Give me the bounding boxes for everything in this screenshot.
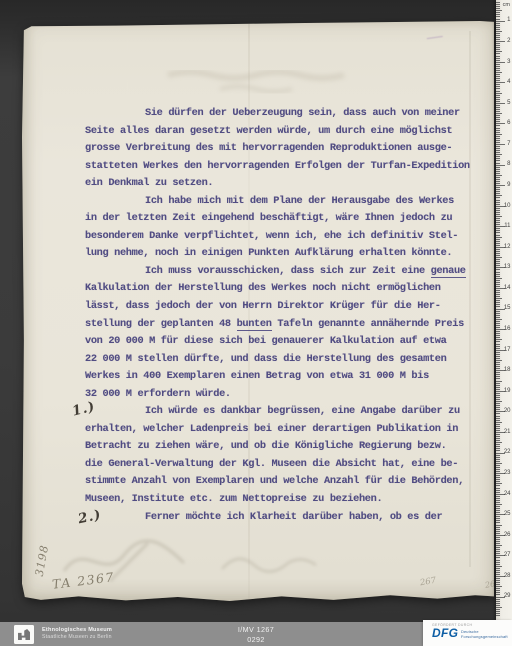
ruler-tick: [496, 245, 500, 246]
ruler-tick: [496, 243, 500, 244]
ruler-tick: [496, 537, 500, 538]
ruler-number: 18: [504, 367, 511, 373]
ruler-tick: [496, 121, 500, 122]
ruler-tick: [496, 249, 500, 250]
ruler-tick: [496, 84, 500, 85]
ruler-tick: [496, 191, 500, 192]
ruler-tick: [496, 376, 500, 377]
ruler-tick: [496, 574, 500, 575]
ruler-tick: [496, 368, 500, 369]
ruler-tick: [496, 605, 500, 606]
ruler-tick: [496, 457, 500, 458]
ruler-number: 20: [504, 408, 511, 414]
letter-line: grosse Verbreitung des mit hervorragende…: [85, 140, 470, 158]
ruler-number: 8: [507, 161, 510, 167]
ruler-tick: [496, 163, 500, 164]
ruler-tick: [496, 14, 500, 15]
ruler-tick: [496, 522, 500, 523]
ruler-tick: [496, 53, 500, 54]
ruler-tick: [496, 27, 500, 28]
ruler-tick: [496, 553, 500, 554]
ruler-tick: [496, 228, 500, 229]
ruler-tick: [496, 284, 500, 285]
ruler-tick: [496, 115, 500, 116]
ruler-tick: [496, 488, 500, 489]
ruler-tick: [496, 113, 502, 114]
ruler-tick: [496, 167, 500, 168]
ruler-tick: [496, 570, 500, 571]
ruler-tick: [496, 438, 500, 439]
ruler-tick: [496, 364, 500, 365]
ruler-tick: [496, 41, 505, 42]
ruler-tick: [496, 325, 500, 326]
footer-bar: Ethnologisches Museum Staatliche Museen …: [0, 622, 512, 646]
ruler-tick: [496, 362, 500, 363]
ruler-tick: [496, 541, 500, 542]
ruler-tick: [496, 237, 502, 238]
ruler-tick: [496, 372, 500, 373]
ruler-tick: [496, 35, 500, 36]
ruler-tick: [496, 128, 500, 129]
ruler-tick: [496, 212, 500, 213]
ruler-tick: [496, 146, 500, 147]
ruler-tick: [496, 31, 502, 32]
ruler-tick: [496, 125, 500, 126]
ruler-number: 23: [504, 470, 511, 476]
ruler-tick: [496, 354, 500, 355]
ruler-tick: [496, 300, 500, 301]
ruler-tick: [496, 56, 500, 57]
ruler-tick: [496, 280, 500, 281]
ruler-tick: [496, 93, 502, 94]
ruler-tick: [496, 586, 502, 587]
ruler-tick: [496, 278, 502, 279]
ruler-tick: [496, 461, 500, 462]
ruler-tick: [496, 8, 500, 9]
ruler-tick: [496, 560, 500, 561]
letter-lines: Sie dürfen der Ueberzeugung sein, dass a…: [85, 105, 470, 526]
ruler-tick: [496, 590, 500, 591]
ruler-number: 22: [504, 449, 511, 455]
ruler-tick: [496, 481, 500, 482]
ruler-tick: [496, 341, 500, 342]
pencil-scribble: [427, 36, 443, 42]
ruler-tick: [496, 123, 505, 124]
ruler-tick: [496, 426, 500, 427]
ruler-tick: [496, 588, 500, 589]
ruler-tick: [496, 389, 500, 390]
ruler-tick: [496, 533, 500, 534]
ruler-tick: [496, 420, 500, 421]
ruler-tick: [496, 424, 500, 425]
ruler-tick: [496, 321, 500, 322]
ruler-tick: [496, 200, 500, 201]
ruler-number: 28: [504, 573, 511, 579]
ruler-tick: [496, 204, 500, 205]
ruler-number: 21: [504, 429, 511, 435]
ruler-tick: [496, 317, 500, 318]
ruler-tick: [496, 232, 500, 233]
ruler-tick: [496, 525, 502, 526]
letter-line: besonderem Danke verpflichtet, wenn ich,…: [85, 228, 470, 246]
ruler-tick: [496, 527, 500, 528]
ruler-tick: [496, 496, 500, 497]
ruler-tick: [496, 49, 500, 50]
ruler-tick: [496, 510, 500, 511]
ruler-tick: [496, 475, 500, 476]
ruler-tick: [496, 138, 500, 139]
letter-line: die General-Verwaltung der Kgl. Museen d…: [85, 456, 470, 474]
ruler-tick: [496, 459, 500, 460]
ruler-tick: [496, 327, 500, 328]
ruler-number: 29: [504, 593, 511, 599]
letter-line: Ferner möchte ich Klarheit darüber haben…: [85, 509, 470, 527]
ruler-tick: [496, 12, 500, 13]
ruler-tick: [496, 269, 500, 270]
ruler-tick: [496, 230, 500, 231]
ruler-tick: [496, 202, 500, 203]
letter-line: Werkes in 400 Exemplaren einen Betrag vo…: [85, 368, 470, 386]
ruler-number: 14: [504, 285, 511, 291]
ruler-tick: [496, 152, 500, 153]
ruler-tick: [496, 378, 500, 379]
letter-line: von 20 000 M für diese sich bei genauere…: [85, 333, 470, 351]
ruler-number: 2: [507, 38, 510, 44]
ruler-tick: [496, 407, 500, 408]
ruler-tick: [496, 235, 500, 236]
ruler-tick: [496, 512, 500, 513]
ruler-tick: [496, 444, 500, 445]
ruler-tick: [496, 385, 500, 386]
letter-line: statteten Werkes den hervorragenden Erfo…: [85, 158, 470, 176]
ruler-number: 9: [507, 182, 510, 188]
ruler-tick: [496, 594, 500, 595]
ruler-tick: [496, 208, 500, 209]
paper-wrap: Sie dürfen der Ueberzeugung sein, dass a…: [0, 0, 512, 646]
ruler-tick: [496, 607, 502, 608]
scanned-letter-page: Sie dürfen der Ueberzeugung sein, dass a…: [22, 21, 494, 601]
ruler-tick: [496, 599, 500, 600]
ruler-tick: [496, 436, 500, 437]
ruler-tick: [496, 2, 500, 3]
letter-line: lässt, dass jedoch der von Herrn Direkto…: [85, 298, 470, 316]
ruler-tick: [496, 214, 500, 215]
ruler-tick: [496, 506, 500, 507]
ruler-tick: [496, 502, 500, 503]
ruler-tick: [496, 547, 500, 548]
ruler-tick: [496, 346, 500, 347]
ruler-tick: [496, 282, 500, 283]
ruler-tick: [496, 319, 502, 320]
ruler-tick: [496, 251, 500, 252]
ruler-tick: [496, 156, 500, 157]
show-through-letterhead: [160, 59, 355, 97]
ruler-tick: [496, 91, 500, 92]
ruler-number: 5: [507, 100, 510, 106]
ruler-tick: [496, 107, 500, 108]
ruler-tick: [496, 292, 500, 293]
ruler-tick: [496, 455, 500, 456]
ruler-tick: [496, 265, 500, 266]
ruler-tick: [496, 603, 500, 604]
ruler-tick: [496, 119, 500, 120]
letter-line: 32 000 M erfordern würde.: [85, 386, 470, 404]
ruler-number: 13: [504, 264, 511, 270]
ruler-tick: [496, 241, 500, 242]
ruler-tick: [496, 578, 500, 579]
ruler-tick: [496, 276, 500, 277]
ruler-tick: [496, 193, 500, 194]
ruler-tick: [496, 197, 500, 198]
ruler-tick: [496, 175, 502, 176]
pencil-mark-3198: 3198: [32, 542, 51, 580]
letter-line: Betracht zu ziehen wäre, und ob die Köni…: [85, 438, 470, 456]
ruler-tick: [496, 428, 500, 429]
ruler-tick: [496, 216, 502, 217]
ruler-tick: [496, 187, 500, 188]
ruler-tick: [496, 348, 500, 349]
ruler-tick: [496, 220, 500, 221]
ruler-tick: [496, 169, 500, 170]
ruler-number: 26: [504, 532, 511, 538]
ruler-tick: [496, 592, 500, 593]
ruler-tick: [496, 397, 500, 398]
ruler-tick: [496, 471, 500, 472]
ruler-tick: [496, 531, 500, 532]
ruler-tick: [496, 613, 500, 614]
ruler-tick: [496, 403, 500, 404]
ruler-tick: [496, 95, 500, 96]
ruler-tick: [496, 463, 502, 464]
ruler-tick: [496, 418, 500, 419]
ruler-tick: [496, 185, 505, 186]
dfg-org-name: Deutsche Forschungsgemeinschaft: [461, 630, 508, 640]
ruler-tick: [496, 601, 500, 602]
ruler-tick: [496, 339, 502, 340]
ruler-tick: [496, 399, 500, 400]
letter-line: Sie dürfen der Ueberzeugung sein, dass a…: [85, 105, 470, 123]
ruler-tick: [496, 171, 500, 172]
ruler-tick: [496, 381, 502, 382]
ruler-tick: [496, 66, 500, 67]
ruler-tick: [496, 23, 500, 24]
ruler-tick: [496, 51, 502, 52]
ruler-tick: [496, 543, 500, 544]
ruler-tick: [496, 255, 500, 256]
ruler-tick: [496, 508, 500, 509]
ruler-tick: [496, 609, 500, 610]
letter-line: Kalkulation der Herstellung des Werkes n…: [85, 280, 470, 298]
ruler-tick: [496, 450, 500, 451]
ruler-tick: [496, 490, 500, 491]
ruler-number: 25: [504, 511, 511, 517]
ruler-number: 4: [507, 79, 510, 85]
ruler-tick: [496, 144, 505, 145]
ruler-tick: [496, 177, 500, 178]
ruler-number: 15: [504, 305, 511, 311]
ruler-tick: [496, 479, 500, 480]
ruler-tick: [496, 33, 500, 34]
ruler-tick: [496, 337, 500, 338]
ruler-tick: [496, 529, 500, 530]
ruler-number: 24: [504, 491, 511, 497]
ruler-tick: [496, 430, 500, 431]
ruler-tick: [496, 148, 500, 149]
ruler-tick: [496, 181, 500, 182]
ruler-tick: [496, 485, 500, 486]
ruler-tick: [496, 551, 500, 552]
letter-line: Seite alles daran gesetzt werden würde, …: [85, 123, 470, 141]
ruler-tick: [496, 218, 500, 219]
ruler-tick: [496, 109, 500, 110]
ruler-number: 11: [504, 223, 510, 229]
ruler-tick: [496, 82, 505, 83]
ruler-tick: [496, 19, 500, 20]
ruler-tick: [496, 545, 502, 546]
ruler-tick: [496, 78, 500, 79]
ruler-tick: [496, 315, 500, 316]
letter-line: Museen, Institute etc. zum Nettopreise z…: [85, 491, 470, 509]
ruler-tick: [496, 374, 500, 375]
letter-line: 22 000 M stellen dürfte, und dass die He…: [85, 351, 470, 369]
ruler-tick: [496, 360, 502, 361]
ruler-tick: [496, 111, 500, 112]
ruler-tick: [496, 60, 500, 61]
ruler-tick: [496, 263, 500, 264]
ruler-tick: [496, 74, 500, 75]
ruler-tick: [496, 76, 500, 77]
ruler-tick: [496, 4, 500, 5]
ruler-number: 16: [504, 326, 511, 332]
ruler-tick: [496, 611, 500, 612]
letter-line: in der letzten Zeit eingehend beschäftig…: [85, 210, 470, 228]
ruler-tick: [496, 383, 500, 384]
ruler-tick: [496, 21, 505, 22]
ruler-tick: [496, 101, 500, 102]
ruler-tick: [496, 179, 500, 180]
ruler-tick: [496, 158, 500, 159]
ruler-tick: [496, 130, 500, 131]
ruler-tick: [496, 518, 500, 519]
letter-line: stimmte Anzahl von Exemplaren und welche…: [85, 473, 470, 491]
ruler-tick: [496, 520, 500, 521]
ruler-tick: [496, 189, 500, 190]
ruler-tick: [496, 395, 500, 396]
letter-line: erhalten, welcher Ladenpreis bei einer d…: [85, 421, 470, 439]
ruler-tick: [496, 272, 500, 273]
ruler-tick: [496, 165, 505, 166]
ruler-tick: [496, 440, 500, 441]
ruler-tick: [496, 290, 500, 291]
ruler-tick: [496, 45, 500, 46]
ruler-tick: [496, 253, 500, 254]
ruler-tick: [496, 393, 500, 394]
ruler-tick: [496, 539, 500, 540]
ruler-tick: [496, 80, 500, 81]
ruler-tick: [496, 323, 500, 324]
ruler-tick: [496, 105, 500, 106]
ruler-tick: [496, 62, 505, 63]
ruler-tick: [496, 70, 500, 71]
ruler-number: 27: [504, 552, 511, 558]
ruler-tick: [496, 331, 500, 332]
ruler-tick: [496, 335, 500, 336]
ruler-tick: [496, 387, 500, 388]
ruler-tick: [496, 401, 502, 402]
ruler-tick: [496, 442, 502, 443]
ruler-tick: [496, 29, 500, 30]
pencil-mark-267: 267: [419, 576, 437, 589]
ruler-tick: [496, 296, 500, 297]
ruler-tick: [496, 568, 500, 569]
ruler-tick: [496, 344, 500, 345]
ruler-tick: [496, 86, 500, 87]
ruler-tick: [496, 47, 500, 48]
ruler-number: 19: [504, 388, 511, 394]
ruler-tick: [496, 68, 500, 69]
ruler-tick: [496, 224, 500, 225]
ruler-tick: [496, 37, 500, 38]
ruler-tick: [496, 582, 500, 583]
ruler-tick: [496, 160, 500, 161]
ruler-tick: [496, 286, 500, 287]
ruler-tick: [496, 132, 500, 133]
ruler-tick: [496, 173, 500, 174]
scan-viewer-page: Sie dürfen der Ueberzeugung sein, dass a…: [0, 0, 512, 646]
ruler-tick: [496, 352, 500, 353]
ruler-tick: [496, 222, 500, 223]
ruler-number: 7: [507, 141, 510, 147]
ruler-tick: [496, 304, 500, 305]
ruler-tick: [496, 467, 500, 468]
letter-line: lung nehme, noch in einigen Punkten Aufk…: [85, 245, 470, 263]
ruler-tick: [496, 405, 500, 406]
ruler-tick: [496, 142, 500, 143]
ruler-tick: [496, 25, 500, 26]
ruler-tick: [496, 584, 500, 585]
ruler-tick: [496, 313, 500, 314]
ruler-number: 17: [504, 347, 511, 353]
ruler-number: 6: [507, 120, 510, 126]
ruler-tick: [496, 422, 502, 423]
ruler-tick: [496, 311, 500, 312]
ruler-tick: [496, 498, 500, 499]
ruler-tick: [496, 562, 500, 563]
ruler-tick: [496, 150, 500, 151]
ruler-unit-label: cm: [503, 2, 510, 8]
ruler-tick: [496, 409, 500, 410]
dfg-logo: DFG: [432, 626, 458, 640]
ruler-number: 3: [507, 59, 510, 65]
ruler-tick: [496, 239, 500, 240]
ruler-tick: [496, 117, 500, 118]
ruler-tick: [496, 504, 502, 505]
ruler-tick: [496, 564, 500, 565]
ruler-tick: [496, 580, 500, 581]
ruler-tick: [496, 99, 500, 100]
ruler-tick: [496, 557, 500, 558]
pencil-mark-26: 26: [484, 579, 496, 590]
ruler-tick: [496, 97, 500, 98]
ruler-tick: [496, 257, 502, 258]
ruler-tick: [496, 140, 500, 141]
ruler-tick: [496, 566, 502, 567]
ruler-tick: [496, 58, 500, 59]
ruler-tick: [496, 477, 500, 478]
letter-line: stellung der geplanten 48 bunten Tafeln …: [85, 316, 470, 334]
ruler-tick: [496, 483, 502, 484]
ruler-tick: [496, 366, 500, 367]
